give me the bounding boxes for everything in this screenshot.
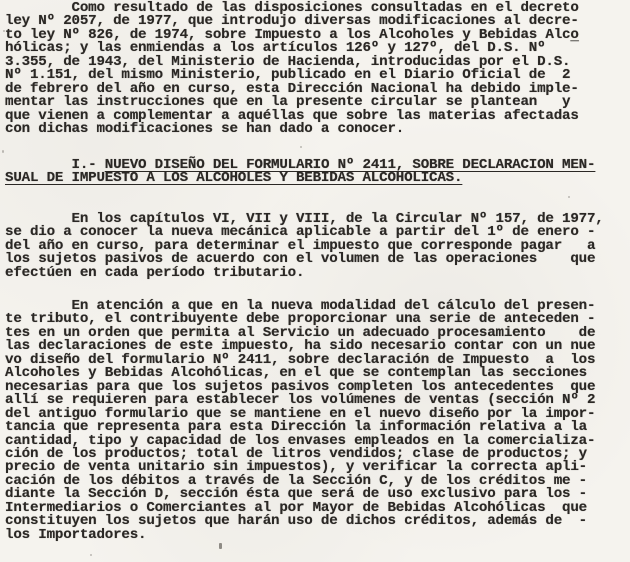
scan-speck: [2, 150, 4, 153]
paragraph-circular-157: En los capítulos VI, VII y VIII, de la C…: [5, 213, 604, 280]
scan-speck: [90, 554, 92, 556]
scanned-document-page: Como resultado de las disposiciones cons…: [0, 0, 630, 562]
scan-speck: [3, 30, 5, 32]
paragraph-new-form-design: En atención a que en la nueva modalidad …: [5, 300, 595, 542]
scan-speck: [219, 543, 222, 549]
section-heading-line2: SUAL DE IMPUESTO A LOS ALCOHOLES Y BEBID…: [5, 170, 462, 186]
scan-speck: [568, 196, 570, 198]
scan-speck: [430, 508, 432, 510]
section-heading: I.- NUEVO DISEÑO DEL FORMULARIO Nº 2411,…: [5, 159, 595, 186]
scan-speck: [300, 146, 302, 148]
paragraph-intro-decree: Como resultado de las disposiciones cons…: [5, 2, 579, 137]
